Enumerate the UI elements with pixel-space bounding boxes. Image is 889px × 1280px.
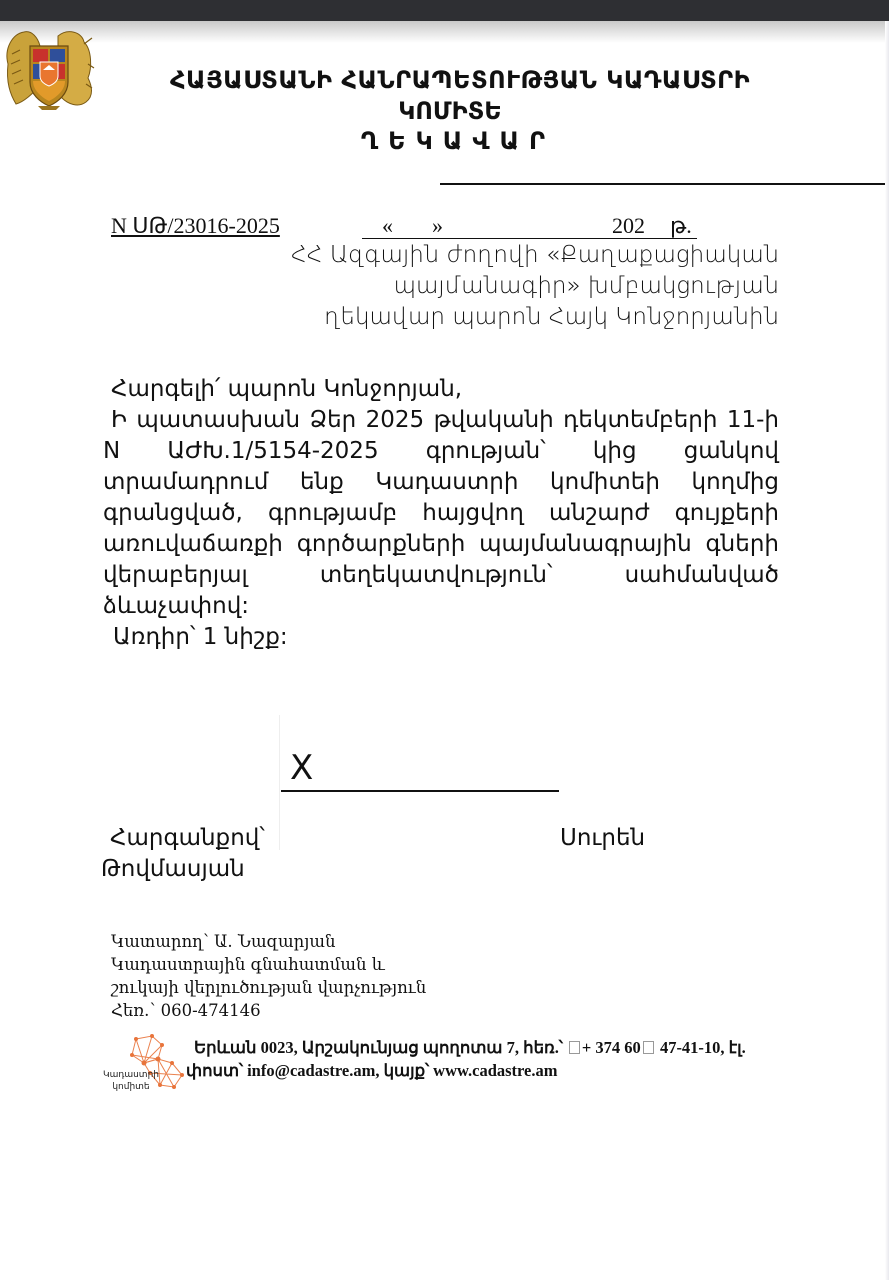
header-committee: ԿՈՄԻՏԵ — [90, 97, 810, 125]
executor-block: Կատարող՝ Ա. Նազարյան Կադաստրային գնահատմ… — [111, 930, 426, 1022]
salutation: Հարգելի՛ պարոն Կոնջորյան, — [103, 374, 779, 405]
header-institution: ՀԱՅԱՍՏԱՆԻ ՀԱՆՐԱՊԵՏՈՒԹՅԱՆ ԿԱԴԱՍՏՐԻ — [100, 66, 820, 94]
header-title: ՂԵԿԱՎԱՐ — [98, 127, 818, 155]
missing-glyph-icon — [569, 1041, 580, 1054]
letter-body: Հարգելի՛ պարոն Կոնջորյան, Ի պատասխան Ձեր… — [103, 374, 779, 653]
footer-email-link[interactable]: info@cadastre.am, — [247, 1061, 379, 1080]
footer-phone-code: + 374 60 — [582, 1038, 641, 1057]
top-shadow — [0, 21, 889, 43]
date-field: « » 202 թ. — [362, 213, 697, 239]
signatory-first-name: Սուրեն — [560, 825, 645, 851]
date-year: 202 — [612, 213, 645, 239]
executor-line: Կատարող՝ Ա. Նազարյան — [111, 930, 426, 953]
addressee-line: պայմանագիր» խմբակցության — [219, 271, 779, 302]
coat-of-arms-icon — [2, 24, 96, 112]
signature-mark: X — [290, 748, 313, 788]
executor-line: շուկայի վերլուծության վարչություն — [111, 976, 426, 999]
date-close-quote: » — [432, 213, 443, 239]
footer-site-label: կայք՝ — [384, 1061, 429, 1080]
date-open-quote: « — [382, 213, 393, 239]
footer-logo-caption: Կադաստրի կոմիտե — [100, 1069, 162, 1093]
addressee-line: ՀՀ Ազգային ժողովի «Քաղաքացիական — [219, 240, 779, 271]
viewer-top-bar — [0, 0, 889, 21]
footer-address: Երևան 0023, Արշակունյաց պողոտա 7, հեռ.՝ — [194, 1038, 563, 1057]
executor-line: Հեռ.՝ 060-474146 — [111, 999, 426, 1022]
signature-box-edge — [279, 715, 280, 850]
signatory-last-name: Թովմասյան — [101, 856, 245, 882]
body-paragraph: Ի պատասխան Ձեր 2025 թվականի դեկտեմբերի 1… — [103, 405, 779, 622]
logo-caption-line: Կադաստրի — [100, 1069, 162, 1081]
footer-email-label: փոստ՝ — [186, 1061, 243, 1080]
signature-line — [281, 790, 559, 792]
footer-site-link[interactable]: www.cadastre.am — [433, 1061, 557, 1080]
addressee-line: ղեկավար պարոն Հայկ Կոնջորյանին — [219, 302, 779, 333]
footer-phone-number: 47-41-10, էլ. — [660, 1038, 746, 1057]
attachment-note: Առդիր՝ 1 նիշք: — [103, 622, 779, 653]
reference-number: N ՍԹ/23016-2025 — [111, 213, 280, 239]
header-divider — [440, 183, 885, 185]
page-edge — [885, 21, 889, 1280]
footer-contacts: Երևան 0023, Արշակունյաց պողոտա 7, հեռ.՝ … — [186, 1036, 746, 1082]
logo-caption-line: կոմիտե — [100, 1081, 162, 1093]
addressee-block: ՀՀ Ազգային ժողովի «Քաղաքացիական պայմանագ… — [219, 240, 779, 333]
executor-line: Կադաստրային գնահատման և — [111, 953, 426, 976]
closing-regards: Հարգանքով՝ — [110, 825, 265, 851]
missing-glyph-icon — [643, 1041, 654, 1054]
date-year-suffix: թ. — [670, 213, 692, 239]
